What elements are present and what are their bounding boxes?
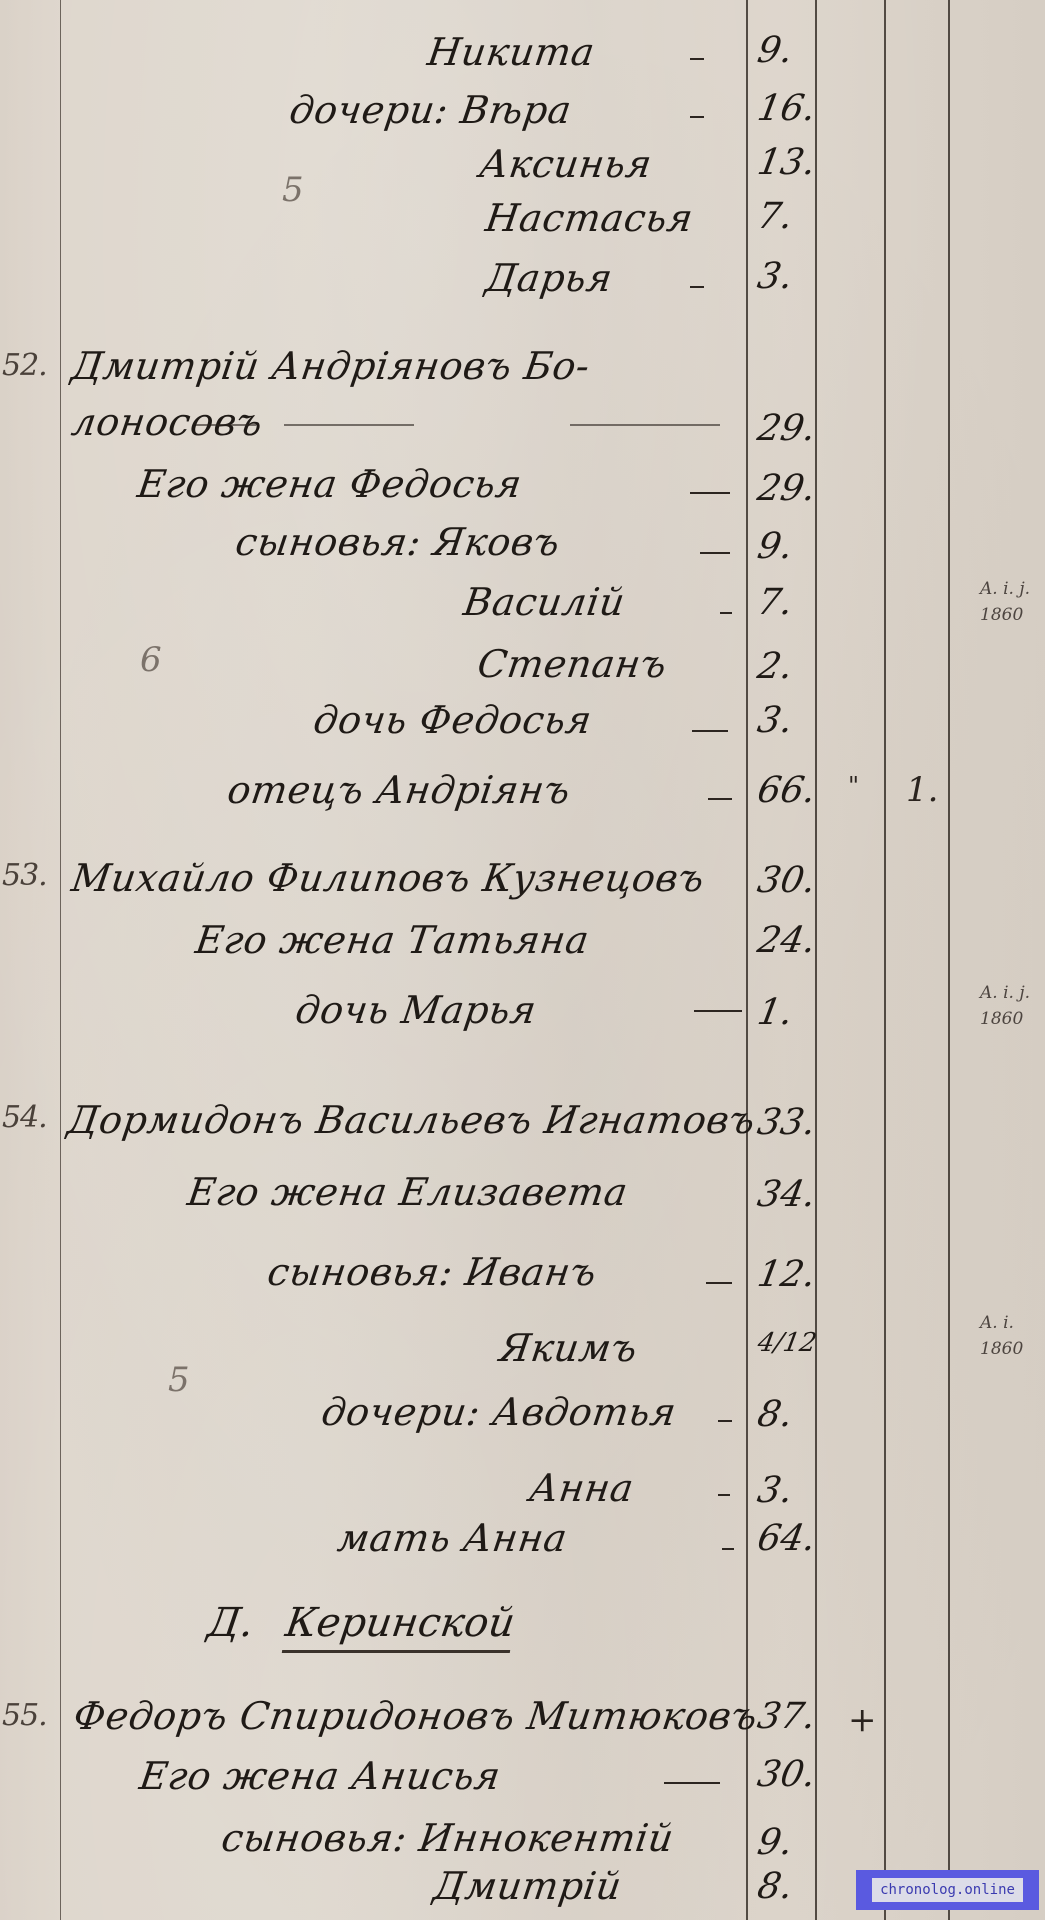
name-line: дочери: Вѣра (287, 88, 574, 132)
age-value: 30. (754, 1754, 817, 1795)
name-column-rule (746, 0, 748, 1920)
age-value: 2. (754, 646, 817, 687)
name-line: Степанъ (475, 642, 670, 686)
age-value: 66. (754, 770, 817, 811)
ditto-mark: " (848, 772, 859, 800)
age-value: 37. (754, 1696, 817, 1737)
pencil-mark: 6 (140, 640, 162, 680)
dash (722, 1548, 734, 1550)
age-value: 3. (754, 256, 817, 297)
dash (692, 730, 728, 732)
name-line: Дормидонъ Васильевъ Игнатовъ (65, 1098, 758, 1142)
dash (690, 116, 704, 118)
name-line: дочь Марья (293, 988, 539, 1032)
entry-number: 54. (2, 1100, 47, 1135)
name-line: Федоръ Спиридоновъ Митюковъ (71, 1694, 761, 1738)
watermark-text: chronolog.online (872, 1878, 1023, 1902)
age-value: 3. (754, 700, 817, 741)
age-value: 24. (754, 920, 817, 961)
name-line: Анна (527, 1466, 637, 1510)
column3-rule (884, 0, 886, 1920)
margin-note-year: 1860 (980, 602, 1030, 628)
age-value: 9. (754, 1822, 817, 1863)
pencil-mark: 5 (168, 1360, 190, 1400)
count-mark: 1. (906, 770, 938, 810)
age-value: 3. (754, 1470, 817, 1511)
name-line: Его жена Федосья (135, 462, 525, 506)
age-value: 33. (754, 1102, 817, 1143)
name-line: Настасья (483, 196, 696, 240)
age-value: 9. (754, 526, 817, 567)
age-value: 29. (754, 408, 817, 449)
dash (708, 798, 732, 800)
age-value: 29. (754, 468, 817, 509)
dash (694, 1010, 742, 1012)
name-line: сыновья: Иннокентій (219, 1816, 677, 1860)
age-value: 4/12 (755, 1328, 816, 1358)
age-value: 1. (754, 992, 817, 1033)
name-line: сыновья: Яковъ (233, 520, 563, 564)
name-line: сыновья: Иванъ (265, 1250, 599, 1294)
dash (706, 1282, 732, 1284)
name-line: Якимъ (497, 1326, 640, 1370)
age-value: 64. (754, 1518, 817, 1559)
age-column-rule (815, 0, 817, 1920)
age-value: 13. (754, 142, 817, 183)
age-value: 7. (754, 582, 817, 623)
dash (720, 612, 732, 614)
age-value: 30. (754, 860, 817, 901)
margin-note: A. i. j. 1860 (980, 980, 1030, 1032)
name-line: мать Анна (335, 1516, 570, 1560)
name-line: Его жена Елизавета (185, 1170, 631, 1214)
watermark-badge: chronolog.online (856, 1870, 1039, 1910)
name-line: Его жена Татьяна (193, 918, 592, 962)
entry-number: 52. (2, 348, 47, 383)
name-line: Аксинья (477, 142, 655, 186)
age-value: 16. (754, 88, 817, 129)
dash (664, 1782, 720, 1784)
left-margin-rule (60, 0, 61, 1920)
age-value: 8. (754, 1394, 817, 1435)
dash (700, 552, 730, 554)
age-value: 7. (754, 196, 817, 237)
name-line: дочь Федосья (311, 698, 595, 742)
village-name: Керинской (282, 1600, 518, 1653)
name-line: Дмитрій (431, 1864, 625, 1908)
name-line: отецъ Андріянъ (225, 768, 573, 812)
age-value: 9. (754, 30, 817, 71)
dash (690, 492, 730, 494)
entry-number: 53. (2, 858, 47, 893)
name-line: Михайло Филиповъ Кузнецовъ (69, 856, 707, 900)
name-line: Василій (461, 580, 628, 624)
margin-note-line: A. i. j. (980, 980, 1030, 1006)
margin-note-year: 1860 (980, 1336, 1023, 1362)
margin-note-line: A. i. j. (980, 576, 1030, 602)
name-line: Дмитрій Андріяновъ Бо- (69, 344, 593, 388)
dash (690, 286, 704, 288)
age-value: 34. (754, 1174, 817, 1215)
dash (718, 1420, 732, 1422)
dash (570, 424, 720, 426)
dash (690, 58, 704, 60)
age-value: 12. (754, 1254, 817, 1295)
dash (196, 424, 256, 426)
margin-note: A. i. 1860 (980, 1310, 1023, 1362)
dash (284, 424, 414, 426)
age-value: 8. (754, 1866, 817, 1907)
name-line: Дарья (483, 256, 615, 300)
margin-note: A. i. j. 1860 (980, 576, 1030, 628)
name-line: лоносовъ (69, 400, 266, 444)
entry-number: 55. (2, 1698, 47, 1733)
name-line: Его жена Анисья (137, 1754, 503, 1798)
cross-mark: + (848, 1700, 877, 1740)
margin-note-year: 1860 (980, 1006, 1030, 1032)
dash (718, 1494, 730, 1496)
village-heading: Д. Керинской (205, 1600, 518, 1646)
pencil-mark: 5 (282, 170, 304, 210)
name-line: Никита (425, 30, 598, 74)
village-prefix: Д. (205, 1600, 257, 1646)
margin-note-line: A. i. (980, 1310, 1023, 1336)
name-line: дочери: Авдотья (319, 1390, 679, 1434)
column4-rule (948, 0, 950, 1920)
